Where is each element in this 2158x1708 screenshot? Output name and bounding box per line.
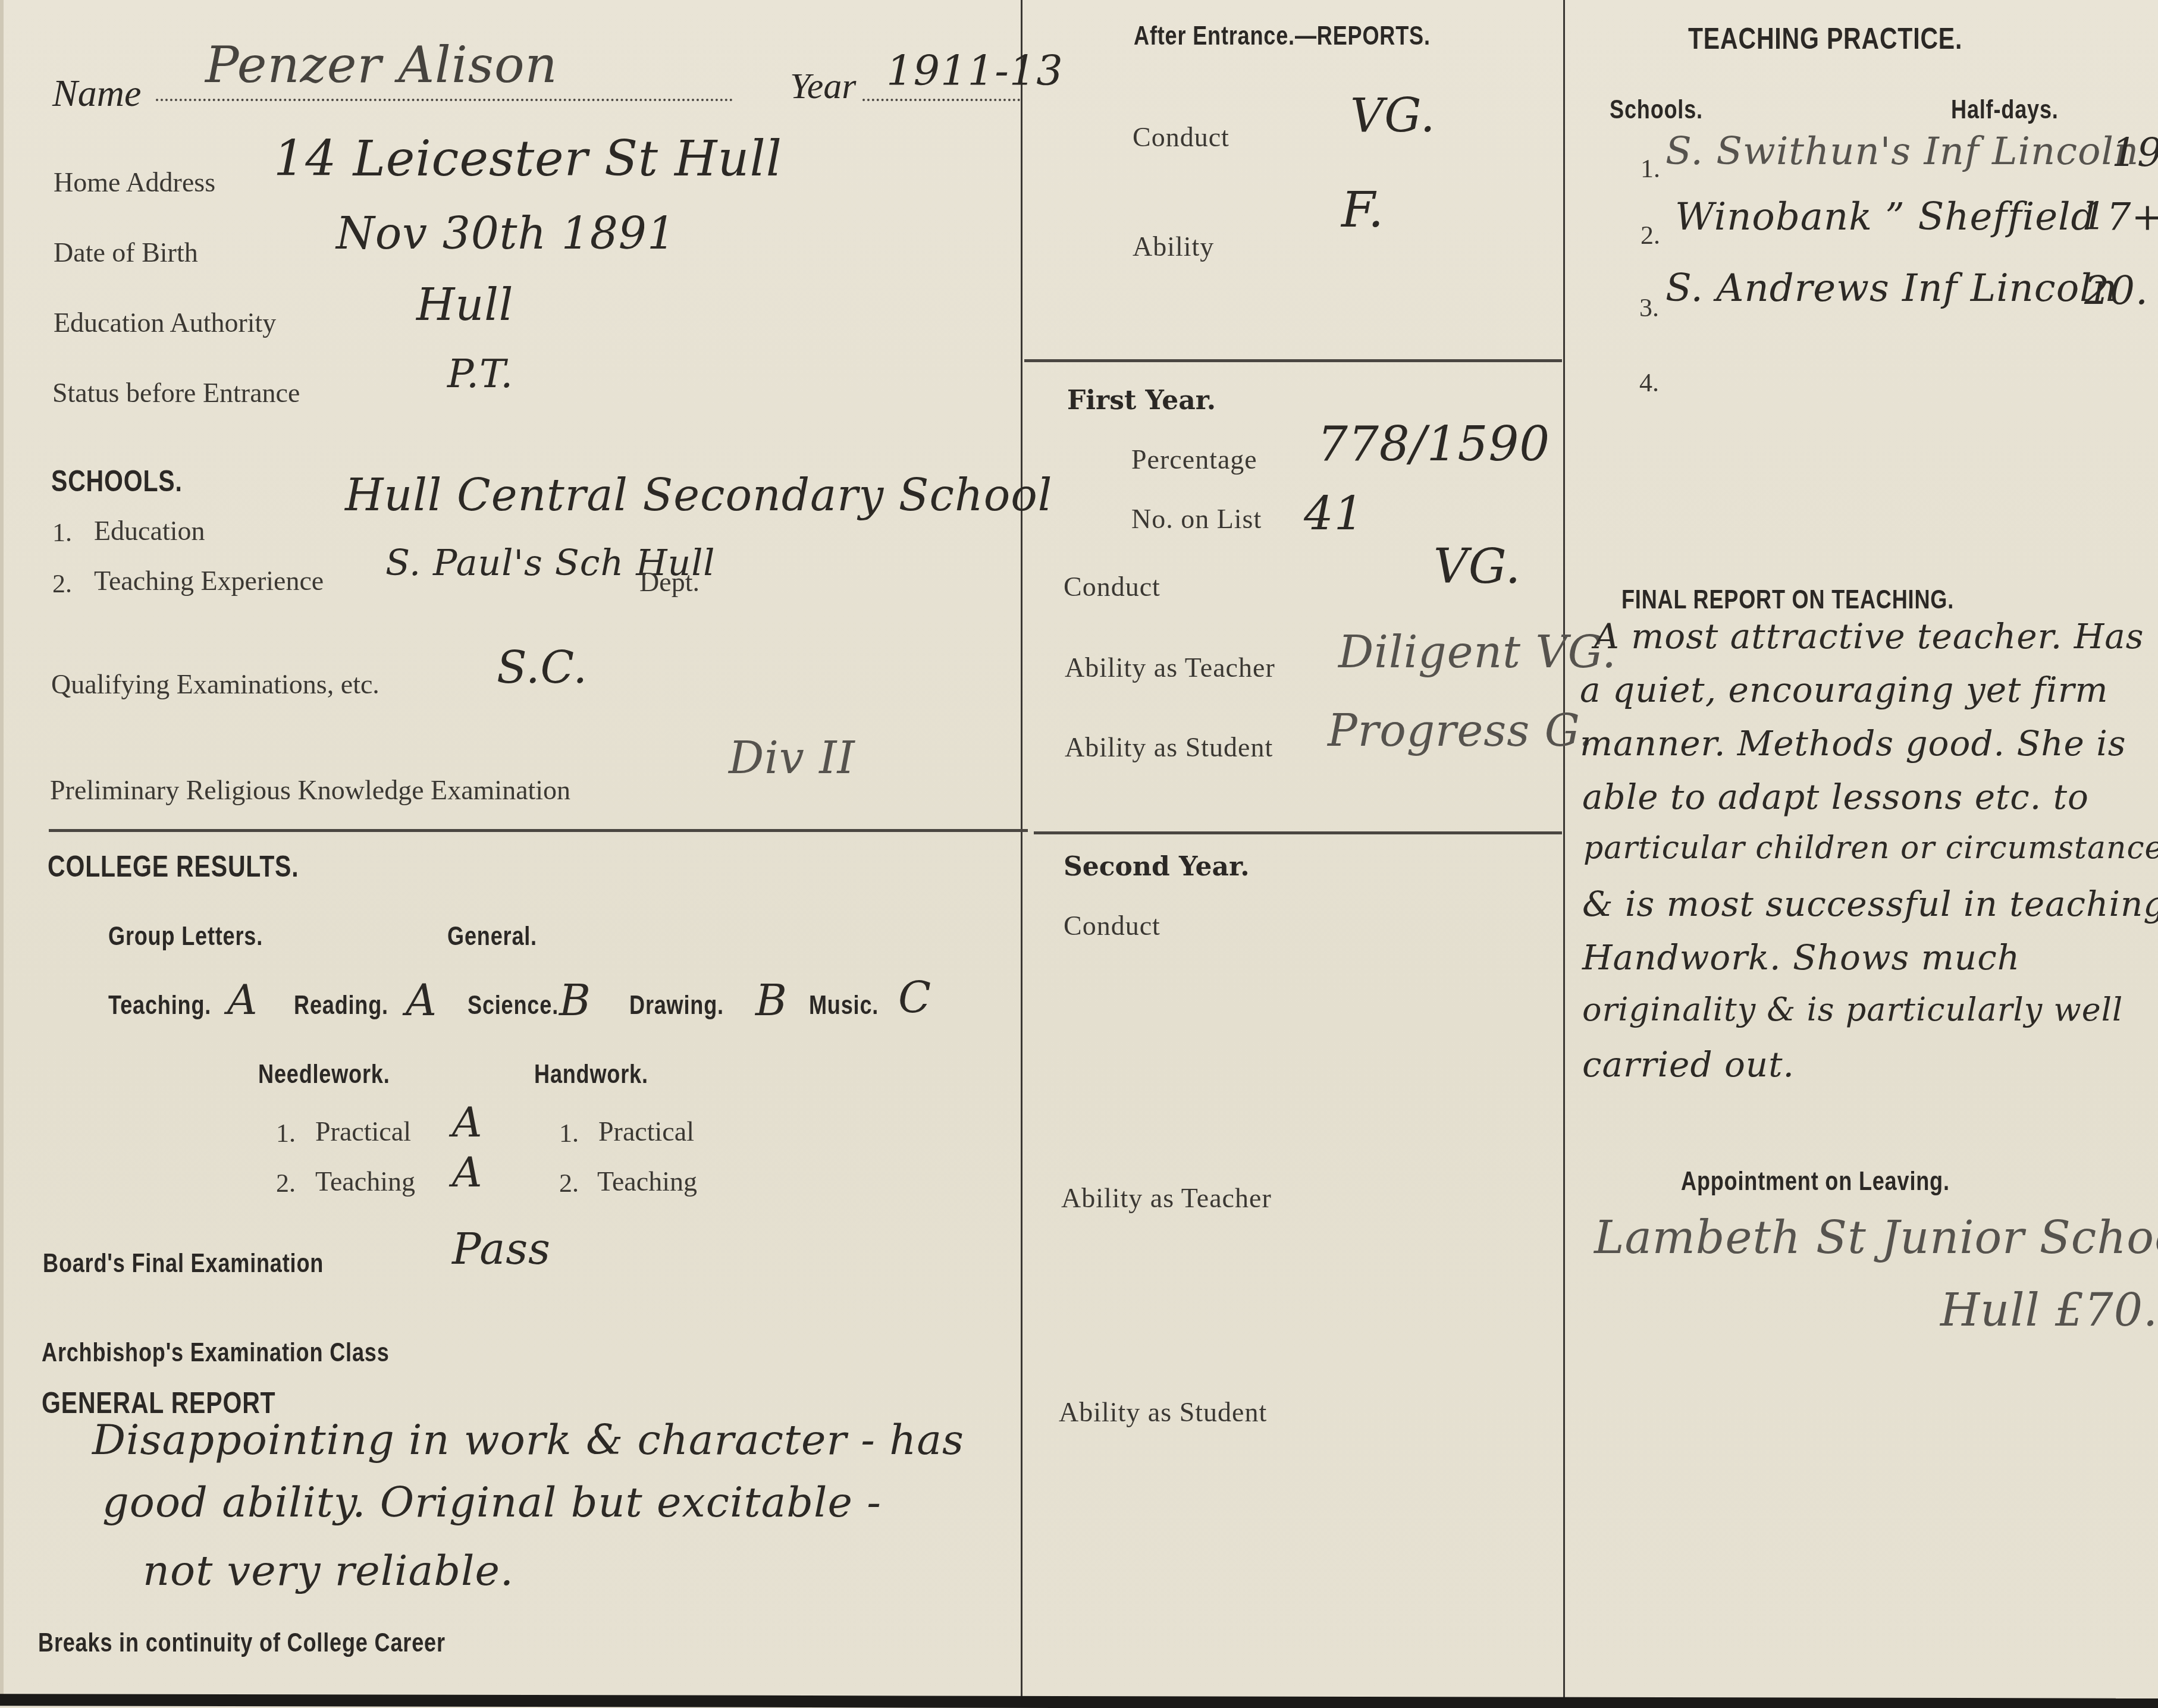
handwork-teaching-label: Teaching: [597, 1166, 697, 1197]
schools-education-num: 1.: [52, 517, 72, 548]
teaching-practice-row-2-num: 2.: [1641, 220, 1660, 250]
after-entrance-ability-value: F.: [1341, 182, 1384, 238]
teaching-practice-row-3-school: S. Andrews Inf Lincoln: [1665, 266, 2118, 310]
after-entrance-conduct-label: Conduct: [1133, 121, 1229, 153]
schools-heading: SCHOOLS.: [51, 464, 183, 498]
after-entrance-conduct-value: VG.: [1350, 89, 1436, 143]
final-report-line-7: Handwork. Shows much: [1582, 937, 2020, 978]
first-year-conduct-label: Conduct: [1064, 571, 1160, 602]
needlework-heading: Needlework.: [258, 1060, 390, 1090]
boards-final-label: Board's Final Examination: [43, 1249, 324, 1279]
general-report-line-1: Disappointing in work & character - has: [92, 1415, 964, 1464]
first-year-heading: First Year.: [1067, 385, 1216, 416]
subject-drawing-label: Drawing.: [629, 991, 724, 1021]
schools-experience-num: 2.: [52, 569, 72, 599]
handwork-practical-num: 1.: [559, 1118, 579, 1148]
handwork-practical-label: Practical: [598, 1116, 694, 1147]
final-report-line-3: manner. Methods good. She is: [1580, 723, 2126, 764]
after-entrance-ability-label: Ability: [1133, 231, 1214, 262]
home-address-value: 14 Leicester St Hull: [274, 131, 782, 187]
needlework-practical-label: Practical: [315, 1116, 411, 1147]
education-authority-value: Hull: [416, 280, 514, 331]
general-label: General.: [447, 922, 537, 952]
religious-exam-value: Div II: [729, 733, 855, 784]
teaching-practice-row-4-num: 4.: [1639, 368, 1659, 398]
needlework-practical-grade: A: [452, 1098, 483, 1147]
home-address-label: Home Address: [54, 167, 215, 198]
after-entrance-heading: After Entrance.—REPORTS.: [1134, 21, 1431, 51]
year-label: Year: [790, 65, 856, 108]
breaks-in-career-label: Breaks in continuity of College Career: [38, 1628, 446, 1658]
subject-teaching-grade: A: [227, 975, 258, 1024]
subject-music-label: Music.: [809, 991, 879, 1021]
year-value: 1911-13: [886, 46, 1064, 95]
religious-exam-label: Preliminary Religious Knowledge Examinat…: [50, 774, 570, 806]
first-year-conduct-value: VG.: [1434, 539, 1521, 594]
second-year-ability-student-label: Ability as Student: [1059, 1396, 1267, 1428]
divider-middle-firstyear-secondyear: [1034, 831, 1562, 834]
teaching-practice-heading: TEACHING PRACTICE.: [1688, 21, 1962, 56]
name-value: Penzer Alison: [205, 36, 558, 94]
schools-education-value: Hull Central Secondary School: [345, 470, 1052, 521]
final-report-line-6: & is most successful in teaching.: [1582, 884, 2158, 924]
divider-left-middle: [1021, 0, 1022, 1698]
schools-education-label: Education: [94, 515, 205, 547]
subject-science-label: Science.: [468, 991, 559, 1021]
name-dotted-line: [156, 99, 733, 101]
final-report-line-9: carried out.: [1582, 1044, 1795, 1085]
needlework-teaching-label: Teaching: [315, 1166, 415, 1197]
schools-dept-label: Dept.: [639, 566, 700, 598]
teaching-practice-row-1-num: 1.: [1641, 153, 1660, 184]
teaching-practice-halfdays-label: Half-days.: [1951, 95, 2059, 125]
first-year-no-on-list-value: 41: [1304, 488, 1364, 541]
teaching-practice-row-2-halfdays: 17+3: [2082, 195, 2158, 239]
divider-middle-reports-firstyear: [1024, 359, 1562, 362]
appointment-line-2: Hull £70.: [1940, 1283, 2158, 1336]
divider-middle-right: [1563, 0, 1565, 1698]
general-report-line-2: good ability. Original but excitable -: [102, 1478, 882, 1527]
subject-reading-label: Reading.: [294, 991, 388, 1021]
subject-drawing-grade: B: [755, 975, 788, 1025]
second-year-ability-teacher-label: Ability as Teacher: [1061, 1182, 1272, 1214]
subject-science-grade: B: [559, 975, 591, 1025]
year-dotted-line: [862, 99, 1020, 101]
general-report-line-3: not very reliable.: [143, 1546, 514, 1595]
appointment-heading: Appointment on Leaving.: [1681, 1167, 1950, 1197]
divider-left-schools-results: [49, 829, 1028, 832]
first-year-ability-student-value: Progress G.: [1328, 705, 1594, 756]
teaching-practice-row-1-school: S. Swithun's Inf Lincoln: [1665, 130, 2139, 174]
card-left-edge: [0, 0, 4, 1698]
final-report-line-8: originality & is particularly well: [1582, 991, 2123, 1028]
needlework-teaching-grade: A: [452, 1148, 483, 1197]
teaching-practice-row-2-school: Winobank ” Sheffield: [1675, 195, 2096, 239]
subject-reading-grade: A: [406, 975, 437, 1025]
teaching-practice-schools-label: Schools.: [1610, 95, 1703, 125]
qualifying-exams-label: Qualifying Examinations, etc.: [51, 668, 379, 700]
boards-final-value: Pass: [452, 1224, 551, 1274]
first-year-ability-teacher-label: Ability as Teacher: [1065, 652, 1275, 683]
archbishop-exam-label: Archbishop's Examination Class: [42, 1338, 390, 1368]
needlework-practical-num: 1.: [276, 1118, 296, 1148]
education-authority-label: Education Authority: [54, 307, 276, 338]
subject-teaching-label: Teaching.: [108, 991, 211, 1021]
schools-experience-label: Teaching Experience: [94, 565, 324, 596]
date-of-birth-value: Nov 30th 1891: [336, 208, 676, 259]
final-report-line-2: a quiet, encouraging yet firm: [1580, 670, 2108, 710]
teaching-practice-row-1-halfdays: 19: [2112, 130, 2158, 175]
first-year-ability-teacher-value: Diligent VG.: [1338, 627, 1617, 678]
status-before-entrance-value: P.T.: [447, 351, 513, 397]
teaching-practice-row-3-num: 3.: [1639, 293, 1659, 323]
handwork-heading: Handwork.: [534, 1060, 648, 1090]
date-of-birth-label: Date of Birth: [54, 237, 198, 268]
final-report-line-4: able to adapt lessons etc. to: [1582, 777, 2089, 817]
group-letters-label: Group Letters.: [108, 922, 263, 952]
final-report-line-5: particular children or circumstances: [1583, 830, 2158, 866]
appointment-line-1: Lambeth St Junior School: [1594, 1211, 2158, 1264]
status-before-entrance-label: Status before Entrance: [52, 377, 300, 409]
qualifying-exams-value: S.C.: [497, 642, 588, 693]
first-year-percentage-value: 778/1590: [1318, 416, 1550, 472]
first-year-ability-student-label: Ability as Student: [1065, 731, 1273, 763]
subject-music-grade: C: [898, 973, 931, 1023]
second-year-conduct-label: Conduct: [1064, 910, 1160, 941]
final-report-line-1: A most attractive teacher. Has: [1594, 616, 2144, 657]
needlework-teaching-num: 2.: [276, 1168, 296, 1198]
second-year-heading: Second Year.: [1064, 852, 1250, 882]
college-results-heading: COLLEGE RESULTS.: [48, 849, 299, 884]
first-year-percentage-label: Percentage: [1131, 444, 1257, 475]
name-label: Name: [52, 71, 141, 115]
final-report-heading: FINAL REPORT ON TEACHING.: [1621, 585, 1954, 615]
handwork-teaching-num: 2.: [559, 1168, 579, 1198]
first-year-no-on-list-label: No. on List: [1131, 503, 1262, 535]
teaching-practice-row-3-halfdays: 20.: [2084, 268, 2148, 313]
